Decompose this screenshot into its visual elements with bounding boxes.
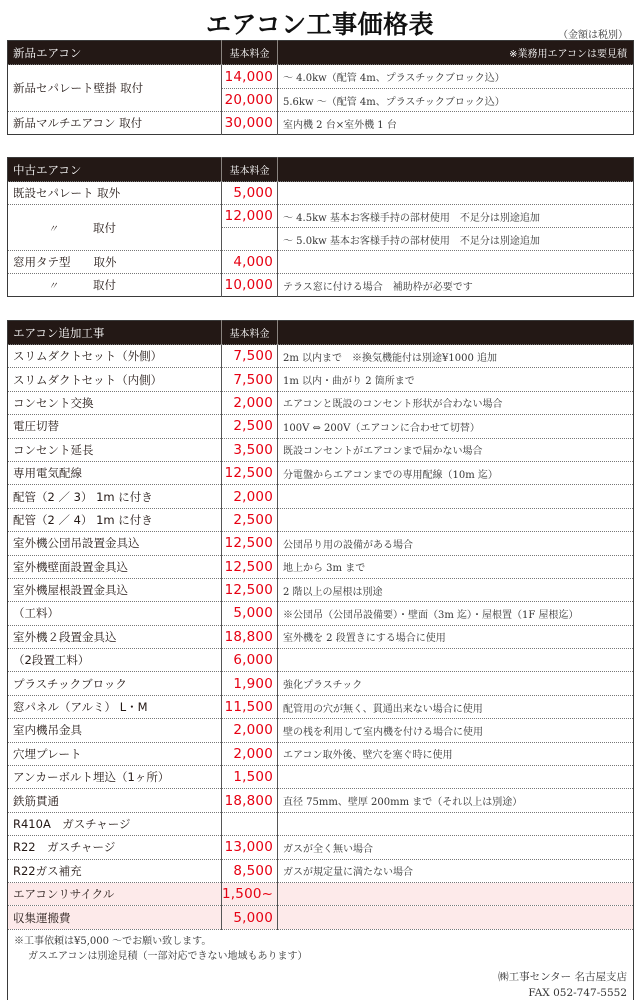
category-header: エアコン追加工事	[8, 321, 222, 345]
row-note: 既設コンセントがエアコンまで届かない場合	[278, 438, 634, 461]
row-label: 既設セパレート 取外	[8, 182, 222, 205]
row-label: R22 ガスチャージ	[8, 836, 222, 859]
row-price: 12,500	[222, 461, 278, 484]
row-price: 13,000	[222, 836, 278, 859]
row-price: 2,500	[222, 508, 278, 531]
footer-notes: ※工事依頼は¥5,000 ～でお願い致します。 ガスエアコンは別途見積（一部対応…	[8, 929, 634, 1000]
row-label: 専用電気配線	[8, 461, 222, 484]
table-row: 室外機２段置金具込18,800室外機を 2 段置きにする場合に使用	[8, 625, 634, 648]
row-note: ガスが全く無い場合	[278, 836, 634, 859]
row-price: 2,000	[222, 391, 278, 414]
price-column-header: 基本料金	[222, 321, 278, 345]
row-note: エアコンと既設のコンセント形状が合わない場合	[278, 391, 634, 414]
row-label: （2段置工料）	[8, 649, 222, 672]
note-column-header	[278, 158, 634, 182]
row-label-text: 取付	[93, 278, 116, 292]
row-label: コンセント交換	[8, 391, 222, 414]
table-row: R22 ガスチャージ13,000ガスが全く無い場合	[8, 836, 634, 859]
row-price: 14,000	[222, 65, 278, 89]
ditto-mark: 〃	[13, 277, 93, 292]
row-note: 5.6kw ～（配管 4m、プラスチックブロック込）	[278, 89, 634, 112]
row-price	[222, 228, 278, 251]
table-row: 新品マルチエアコン 取付 30,000 室内機 2 台×室外機 1 台	[8, 112, 634, 135]
row-note: 室外機を 2 段置きにする場合に使用	[278, 625, 634, 648]
row-price: 2,000	[222, 742, 278, 765]
row-note	[278, 649, 634, 672]
row-label: プラスチックブロック	[8, 672, 222, 695]
row-note: 2 階以上の屋根は別途	[278, 578, 634, 601]
row-price: 1,500	[222, 766, 278, 789]
row-price: 1,500~	[222, 882, 278, 905]
row-note: ～ 5.0kw 基本お客様手持の部材使用 不足分は別途追加	[278, 228, 634, 251]
row-label: コンセント延長	[8, 438, 222, 461]
row-label: 収集運搬費	[8, 906, 222, 929]
table-row: （工料）5,000※公団吊（公団吊設備要）・壁面（3m 迄）・屋根置（1F 屋根…	[8, 602, 634, 625]
row-note: 2m 以内まで ※換気機能付は別途¥1000 追加	[278, 345, 634, 368]
row-label: 室外機壁面設置金具込	[8, 555, 222, 578]
row-note: ガスが規定量に満たない場合	[278, 859, 634, 882]
row-price	[222, 812, 278, 835]
table-row: R410A ガスチャージ	[8, 812, 634, 835]
row-label: 配管（2 ／ 3） 1m に付き	[8, 485, 222, 508]
table-row: 配管（2 ／ 3） 1m に付き2,000	[8, 485, 634, 508]
row-price: 7,500	[222, 345, 278, 368]
company-name: ㈱工事センター 名古屋支店	[14, 969, 627, 985]
row-label: 室外機屋根設置金具込	[8, 578, 222, 601]
row-label: 新品セパレート壁掛 取付	[8, 65, 222, 112]
table-header: 中古エアコン 基本料金	[8, 158, 634, 182]
note-column-header	[278, 321, 634, 345]
row-price: 6,000	[222, 649, 278, 672]
row-label-text: 取付	[93, 221, 116, 235]
table-header: エアコン追加工事 基本料金	[8, 321, 634, 345]
row-label: 鉄筋貫通	[8, 789, 222, 812]
footer-note-1: ※工事依頼は¥5,000 ～でお願い致します。	[14, 934, 627, 949]
table-row: 新品セパレート壁掛 取付 14,000 ～ 4.0kw（配管 4m、プラスチック…	[8, 65, 634, 89]
row-note: エアコン取外後、壁穴を塞ぐ時に使用	[278, 742, 634, 765]
row-note: 配管用の穴が無く、貫通出来ない場合に使用	[278, 695, 634, 718]
recycle-row: 収集運搬費5,000	[8, 906, 634, 929]
row-note: 直径 75mm、壁厚 200mm まで（それ以上は別途）	[278, 789, 634, 812]
table-row: 専用電気配線12,500分電盤からエアコンまでの専用配線（10m 迄）	[8, 461, 634, 484]
row-label: 窓用タテ型 取外	[8, 251, 222, 274]
row-note	[278, 508, 634, 531]
additional-work-price-table: エアコン追加工事 基本料金 スリムダクトセット（外側）7,5002m 以内まで …	[7, 320, 634, 1000]
row-price: 12,500	[222, 578, 278, 601]
table-row: 既設セパレート 取外 5,000	[8, 182, 634, 205]
tax-note: （金額は税別）	[558, 26, 628, 41]
row-price: 18,800	[222, 625, 278, 648]
row-label: アンカーボルト埋込（1ヶ所）	[8, 766, 222, 789]
row-price: 2,000	[222, 719, 278, 742]
row-label: 窓パネル（アルミ） L・M	[8, 695, 222, 718]
row-price: 1,900	[222, 672, 278, 695]
note-column-header: ※業務用エアコンは要見積	[278, 41, 634, 65]
table-row: 室外機壁面設置金具込12,500地上から 3m まで	[8, 555, 634, 578]
row-label: 電圧切替	[8, 415, 222, 438]
row-price: 11,500	[222, 695, 278, 718]
row-price: 2,500	[222, 415, 278, 438]
row-note: 室内機 2 台×室外機 1 台	[278, 112, 634, 135]
row-price: 12,500	[222, 532, 278, 555]
table-row: 配管（2 ／ 4） 1m に付き2,500	[8, 508, 634, 531]
row-price: 10,000	[222, 274, 278, 297]
row-price: 7,500	[222, 368, 278, 391]
row-label: R410A ガスチャージ	[8, 812, 222, 835]
row-price: 4,000	[222, 251, 278, 274]
row-note	[278, 251, 634, 274]
table-row: 室内機吊金具2,000壁の桟を利用して室内機を付ける場合に使用	[8, 719, 634, 742]
row-price: 5,000	[222, 602, 278, 625]
row-note	[278, 906, 634, 929]
footer-notes-row: ※工事依頼は¥5,000 ～でお願い致します。 ガスエアコンは別途見積（一部対応…	[8, 929, 634, 1000]
recycle-row: エアコンリサイクル1,500~	[8, 882, 634, 905]
row-price: 20,000	[222, 89, 278, 112]
row-note: 強化プラスチック	[278, 672, 634, 695]
row-price: 3,500	[222, 438, 278, 461]
row-label: R22ガス補充	[8, 859, 222, 882]
row-note: 1m 以内・曲がり 2 箇所まで	[278, 368, 634, 391]
row-note: 壁の桟を利用して室内機を付ける場合に使用	[278, 719, 634, 742]
table-row: （2段置工料）6,000	[8, 649, 634, 672]
price-column-header: 基本料金	[222, 41, 278, 65]
row-price: 2,000	[222, 485, 278, 508]
row-label: エアコンリサイクル	[8, 882, 222, 905]
row-note	[278, 882, 634, 905]
row-price: 30,000	[222, 112, 278, 135]
row-label: （工料）	[8, 602, 222, 625]
table-row: 穴埋プレート2,000エアコン取外後、壁穴を塞ぐ時に使用	[8, 742, 634, 765]
row-note	[278, 182, 634, 205]
row-price: 5,000	[222, 906, 278, 929]
table-row: スリムダクトセット（内側）7,5001m 以内・曲がり 2 箇所まで	[8, 368, 634, 391]
row-note: ～ 4.5kw 基本お客様手持の部材使用 不足分は別途追加	[278, 205, 634, 228]
table-row: コンセント交換2,000エアコンと既設のコンセント形状が合わない場合	[8, 391, 634, 414]
table-row: R22ガス補充8,500ガスが規定量に満たない場合	[8, 859, 634, 882]
row-label: 室外機公団吊設置金具込	[8, 532, 222, 555]
fax-number: FAX 052-747-5552	[14, 985, 627, 1000]
table-row: 〃取付 10,000 テラス窓に付ける場合 補助枠が必要です	[8, 274, 634, 297]
category-header: 新品エアコン	[8, 41, 222, 65]
row-note: 公団吊り用の設備がある場合	[278, 532, 634, 555]
row-note	[278, 812, 634, 835]
table-header: 新品エアコン 基本料金 ※業務用エアコンは要見積	[8, 41, 634, 65]
row-price: 18,800	[222, 789, 278, 812]
page-title: エアコン工事価格表	[0, 5, 640, 41]
row-label: 新品マルチエアコン 取付	[8, 112, 222, 135]
row-note: ※公団吊（公団吊設備要）・壁面（3m 迄）・屋根置（1F 屋根迄）	[278, 602, 634, 625]
price-column-header: 基本料金	[222, 158, 278, 182]
used-ac-price-table: 中古エアコン 基本料金 既設セパレート 取外 5,000 〃取付 12,000 …	[7, 157, 634, 297]
table-row: 鉄筋貫通18,800直径 75mm、壁厚 200mm まで（それ以上は別途）	[8, 789, 634, 812]
table-row: 〃取付 12,000 ～ 4.5kw 基本お客様手持の部材使用 不足分は別途追加	[8, 205, 634, 228]
table-row: 室外機屋根設置金具込12,5002 階以上の屋根は別途	[8, 578, 634, 601]
row-note: 分電盤からエアコンまでの専用配線（10m 迄）	[278, 461, 634, 484]
table-row: 室外機公団吊設置金具込12,500公団吊り用の設備がある場合	[8, 532, 634, 555]
row-note: 100V ⇔ 200V（エアコンに合わせて切替）	[278, 415, 634, 438]
row-label: 室外機２段置金具込	[8, 625, 222, 648]
row-price: 12,000	[222, 205, 278, 228]
table-row: プラスチックブロック1,900強化プラスチック	[8, 672, 634, 695]
row-note: テラス窓に付ける場合 補助枠が必要です	[278, 274, 634, 297]
additional-rows: スリムダクトセット（外側）7,5002m 以内まで ※換気機能付は別途¥1000…	[8, 345, 634, 930]
table-row: アンカーボルト埋込（1ヶ所）1,500	[8, 766, 634, 789]
row-label: 配管（2 ／ 4） 1m に付き	[8, 508, 222, 531]
row-label: 〃取付	[8, 274, 222, 297]
row-price: 5,000	[222, 182, 278, 205]
row-label: スリムダクトセット（外側）	[8, 345, 222, 368]
row-label: 穴埋プレート	[8, 742, 222, 765]
row-label: 〃取付	[8, 205, 222, 251]
row-note	[278, 766, 634, 789]
row-note	[278, 485, 634, 508]
table-row: コンセント延長3,500既設コンセントがエアコンまで届かない場合	[8, 438, 634, 461]
table-row: スリムダクトセット（外側）7,5002m 以内まで ※換気機能付は別途¥1000…	[8, 345, 634, 368]
footer-note-2: ガスエアコンは別途見積（一部対応できない地域もあります）	[14, 949, 627, 964]
table-row: 電圧切替2,500100V ⇔ 200V（エアコンに合わせて切替）	[8, 415, 634, 438]
row-note: ～ 4.0kw（配管 4m、プラスチックブロック込）	[278, 65, 634, 89]
row-label: 室内機吊金具	[8, 719, 222, 742]
ditto-mark: 〃	[13, 220, 93, 235]
row-price: 8,500	[222, 859, 278, 882]
table-row: 窓パネル（アルミ） L・M11,500配管用の穴が無く、貫通出来ない場合に使用	[8, 695, 634, 718]
table-row: 窓用タテ型 取外 4,000	[8, 251, 634, 274]
new-ac-price-table: 新品エアコン 基本料金 ※業務用エアコンは要見積 新品セパレート壁掛 取付 14…	[7, 40, 634, 135]
category-header: 中古エアコン	[8, 158, 222, 182]
row-note: 地上から 3m まで	[278, 555, 634, 578]
row-price: 12,500	[222, 555, 278, 578]
row-label: スリムダクトセット（内側）	[8, 368, 222, 391]
